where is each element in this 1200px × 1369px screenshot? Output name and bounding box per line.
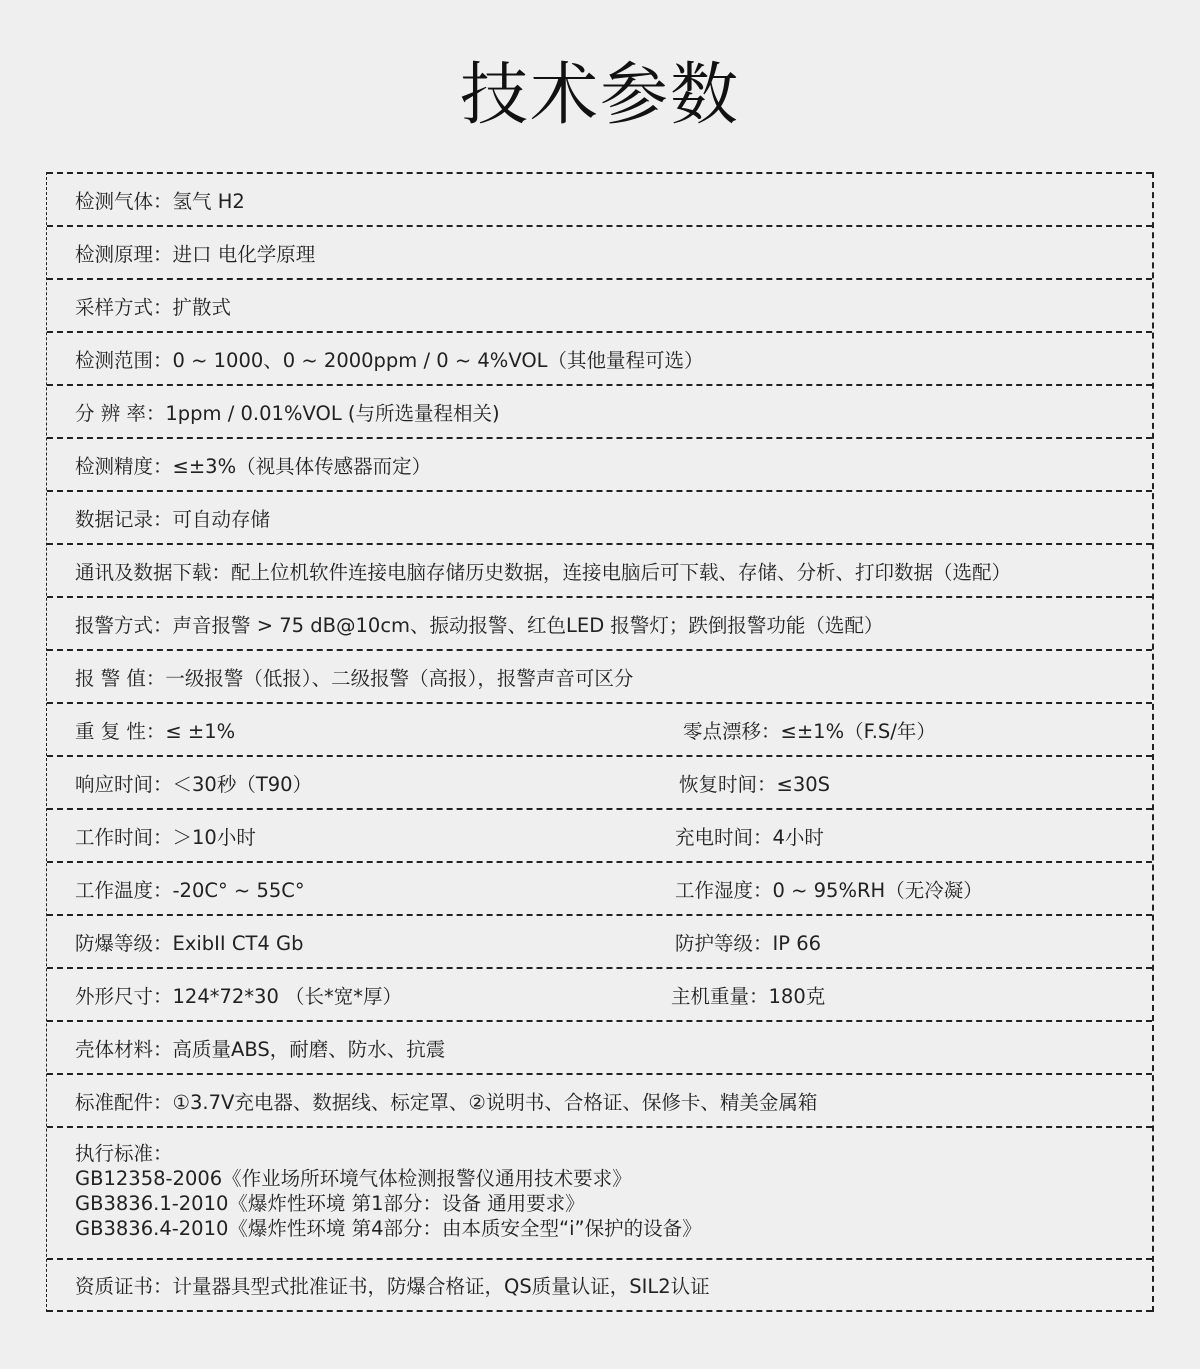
spec-standards: 执行标准： GB12358-2006《作业场所环境气体检测报警仪通用技术要求》 … xyxy=(75,1128,702,1271)
spec-row-standards: 执行标准： GB12358-2006《作业场所环境气体检测报警仪通用技术要求》 … xyxy=(47,1126,1152,1258)
spec-data-record: 数据记录：可自动存储 xyxy=(75,492,270,543)
spec-temperature: 工作温度：-20C° ~ 55C° xyxy=(75,863,305,914)
spec-accessories: 标准配件：①3.7V充电器、数据线、标定罩、②说明书、合格证、保修卡、精美金属箱 xyxy=(75,1075,817,1126)
spec-alarm-value: 报 警 值：一级报警（低报）、二级报警（高报），报警声音可区分 xyxy=(75,651,633,702)
spec-protection-grade: 防护等级：IP 66 xyxy=(675,916,821,967)
spec-row-certificates: 资质证书：计量器具型式批准证书，防爆合格证，QS质量认证，SIL2认证 xyxy=(47,1258,1152,1312)
spec-row-alarm-mode: 报警方式：声音报警 > 75 dB@10cm、振动报警、红色LED 报警灯；跌倒… xyxy=(47,596,1152,649)
spec-communication: 通讯及数据下载：配上位机软件连接电脑存储历史数据，连接电脑后可下载、存储、分析、… xyxy=(75,545,1011,596)
spec-row-range: 检测范围：0 ~ 1000、0 ~ 2000ppm / 0 ~ 4%VOL（其他… xyxy=(47,331,1152,384)
spec-range: 检测范围：0 ~ 1000、0 ~ 2000ppm / 0 ~ 4%VOL（其他… xyxy=(75,333,704,384)
standard-item: GB12358-2006《作业场所环境气体检测报警仪通用技术要求》 xyxy=(75,1166,632,1191)
spec-repeatability: 重 复 性：≤ ±1% xyxy=(75,704,235,755)
spec-row-accuracy: 检测精度：≤±3%（视具体传感器而定） xyxy=(47,437,1152,490)
spec-row-accessories: 标准配件：①3.7V充电器、数据线、标定罩、②说明书、合格证、保修卡、精美金属箱 xyxy=(47,1073,1152,1126)
spec-recovery-time: 恢复时间：≤30S xyxy=(679,757,830,808)
spec-explosion-grade: 防爆等级：ExibII CT4 Gb xyxy=(75,916,303,967)
spec-row-alarm-value: 报 警 值：一级报警（低报）、二级报警（高报），报警声音可区分 xyxy=(47,649,1152,702)
spec-row-repeatability: 重 复 性：≤ ±1% 零点漂移：≤±1%（F.S/年） xyxy=(47,702,1152,755)
spec-row-dimensions: 外形尺寸：124*72*30 （长*宽*厚） 主机重量：180克 xyxy=(47,967,1152,1020)
spec-work-time: 工作时间：＞10小时 xyxy=(75,810,256,861)
spec-resolution: 分 辨 率：1ppm / 0.01%VOL (与所选量程相关) xyxy=(75,386,500,437)
spec-charge-time: 充电时间：4小时 xyxy=(675,810,824,861)
standard-item: GB3836.4-2010《爆炸性环境 第4部分：由本质安全型“i”保护的设备》 xyxy=(75,1216,702,1241)
spec-principle: 检测原理：进口 电化学原理 xyxy=(75,227,315,278)
spec-row-sampling: 采样方式：扩散式 xyxy=(47,278,1152,331)
page-title: 技术参数 xyxy=(0,52,1200,140)
spec-row-principle: 检测原理：进口 电化学原理 xyxy=(47,225,1152,278)
spec-row-resolution: 分 辨 率：1ppm / 0.01%VOL (与所选量程相关) xyxy=(47,384,1152,437)
spec-row-temperature: 工作温度：-20C° ~ 55C° 工作湿度：0 ~ 95%RH（无冷凝） xyxy=(47,861,1152,914)
spec-table: 检测气体：氢气 H2 检测原理：进口 电化学原理 采样方式：扩散式 检测范围：0… xyxy=(46,172,1154,1312)
spec-alarm-mode: 报警方式：声音报警 > 75 dB@10cm、振动报警、红色LED 报警灯；跌倒… xyxy=(75,598,883,649)
spec-humidity: 工作湿度：0 ~ 95%RH（无冷凝） xyxy=(675,863,983,914)
spec-row-housing: 壳体材料：高质量ABS，耐磨、防水、抗震 xyxy=(47,1020,1152,1073)
spec-row-communication: 通讯及数据下载：配上位机软件连接电脑存储历史数据，连接电脑后可下载、存储、分析、… xyxy=(47,543,1152,596)
spec-weight: 主机重量：180克 xyxy=(671,969,825,1020)
spec-housing: 壳体材料：高质量ABS，耐磨、防水、抗震 xyxy=(75,1022,445,1073)
spec-response-time: 响应时间：＜30秒（T90） xyxy=(75,757,312,808)
spec-dimensions: 外形尺寸：124*72*30 （长*宽*厚） xyxy=(75,969,402,1020)
spec-row-response: 响应时间：＜30秒（T90） 恢复时间：≤30S xyxy=(47,755,1152,808)
spec-certificates: 资质证书：计量器具型式批准证书，防爆合格证，QS质量认证，SIL2认证 xyxy=(75,1260,710,1310)
spec-row-gas: 检测气体：氢气 H2 xyxy=(47,172,1152,225)
spec-row-data-record: 数据记录：可自动存储 xyxy=(47,490,1152,543)
spec-row-explosion: 防爆等级：ExibII CT4 Gb 防护等级：IP 66 xyxy=(47,914,1152,967)
spec-gas: 检测气体：氢气 H2 xyxy=(75,174,245,225)
standards-label: 执行标准： xyxy=(75,1141,173,1166)
spec-zero-drift: 零点漂移：≤±1%（F.S/年） xyxy=(683,704,936,755)
standard-item: GB3836.1-2010《爆炸性环境 第1部分：设备 通用要求》 xyxy=(75,1191,585,1216)
spec-sampling: 采样方式：扩散式 xyxy=(75,280,231,331)
spec-accuracy: 检测精度：≤±3%（视具体传感器而定） xyxy=(75,439,431,490)
spec-row-work-time: 工作时间：＞10小时 充电时间：4小时 xyxy=(47,808,1152,861)
